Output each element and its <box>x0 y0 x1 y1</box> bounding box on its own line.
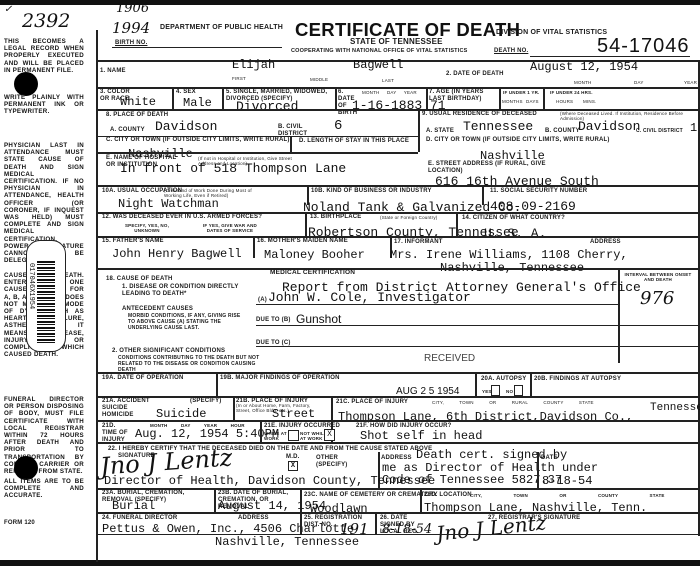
funeral-address-label: ADDRESS <box>238 515 269 522</box>
injury-time: Aug. 12, 1954 5:40PM <box>135 428 279 441</box>
res-state: Tennessee <box>463 120 533 133</box>
rule <box>300 512 302 534</box>
not-while-at-work-checkbox[interactable]: X <box>324 429 335 441</box>
death-no-label: DEATH NO. <box>494 48 528 55</box>
res-county: Davidson <box>578 120 640 133</box>
father-label: 15. FATHER'S NAME <box>102 238 164 245</box>
rule <box>97 396 699 398</box>
other-conditions-note: CONDITIONS CONTRIBUTING TO THE DEATH BUT… <box>118 355 263 373</box>
injury-place-cols: CITY, TOWN OR RURAL COUNTY STATE <box>432 400 594 405</box>
rule <box>97 268 699 270</box>
res-district-label: C. CIVIL DISTRICT <box>636 128 683 135</box>
death-number: 54-17046 <box>597 35 690 58</box>
death-city-label: C. CITY OR TOWN (IF OUTSIDE CITY LIMITS,… <box>106 137 290 144</box>
rule <box>216 372 218 396</box>
rule <box>260 420 262 442</box>
interval-value: 976 <box>640 288 674 309</box>
first-name: Elijah <box>232 59 275 72</box>
rule <box>256 325 698 326</box>
res-county-label: B. COUNTY <box>545 128 580 135</box>
registrar-signature: Jno J Lentz <box>435 510 547 545</box>
last-name: Bagwell <box>353 59 403 72</box>
rule <box>418 109 420 152</box>
cemetery-location-cols: CITY, TOWN OR COUNTY STATE <box>470 493 665 498</box>
scan-top-edge <box>0 0 700 5</box>
rule <box>97 534 699 535</box>
received-stamp: RECEIVED <box>424 353 475 364</box>
rule <box>530 372 532 396</box>
cause-of-death-label: 18. CAUSE OF DEATH <box>106 276 173 283</box>
res-state-label: A. STATE <box>426 128 454 135</box>
mother-label: 16. MOTHER'S MAIDEN NAME <box>257 238 348 245</box>
due-to-b-label: DUE TO (B) <box>256 317 291 324</box>
barcode <box>37 261 55 343</box>
last-label: LAST <box>382 78 394 83</box>
time-of-injury-label: 21D. TIME OF INJURY <box>102 423 130 444</box>
autopsy-no-label: NO <box>506 389 513 394</box>
cemetery-label: 23C. NAME OF CEMETERY OR CREMATORY <box>304 492 438 499</box>
rule <box>482 185 484 205</box>
manner-specify-label: (SPECIFY) <box>190 398 221 405</box>
date-of-death: August 12, 1954 <box>530 61 638 74</box>
scan-bottom-edge <box>0 560 700 566</box>
day-label: DAY <box>634 80 644 85</box>
date-signed: 8-18-54 <box>542 475 592 488</box>
rule <box>97 152 418 154</box>
cemetery-location-label: 23D. LOCATION <box>424 492 472 499</box>
rule <box>97 372 699 374</box>
autopsy-yes-checkbox[interactable] <box>491 385 500 396</box>
rule <box>172 87 174 109</box>
month-label: MONTH <box>574 80 592 85</box>
armed-forces-war: IF YES, GIVE WAR AND DATES OF SERVICE <box>200 223 260 233</box>
marital-status: Divorced <box>236 100 298 113</box>
checkmark: ✓ <box>4 4 12 15</box>
rule <box>305 212 307 236</box>
cause-b: Gunshot <box>296 312 341 326</box>
md-label: M.D. <box>286 454 299 461</box>
state-name: STATE OF TENNESSEE <box>350 38 443 45</box>
autopsy-findings-label: 20B. FINDINGS AT AUTOPSY <box>534 376 621 383</box>
occupation: Night Watchman <box>118 198 219 211</box>
rule <box>97 442 699 444</box>
rule <box>222 87 224 109</box>
morbid-conditions-label: MORBID CONDITIONS, IF ANY, GIVING RISE T… <box>128 313 246 331</box>
rule <box>456 212 458 236</box>
form-right-border <box>698 60 700 536</box>
rule <box>97 185 699 187</box>
barcode-text: 017046X1954 <box>27 263 35 309</box>
rule <box>300 488 302 512</box>
birth-year-note: 1906 <box>116 1 149 16</box>
cooperating-note: COOPERATING WITH NATIONAL OFFICE OF VITA… <box>291 48 468 55</box>
death-district: 6 <box>334 120 342 133</box>
date-of-death-label: 2. DATE OF DEATH <box>446 71 504 78</box>
medical-certification-title: MEDICAL CERTIFICATION <box>270 269 355 276</box>
autopsy-label: 20A. AUTOPSY <box>481 376 526 383</box>
funeral-director-label: 24. FUNERAL DIRECTOR <box>102 515 177 522</box>
birthplace-label: 13. BIRTHPLACE <box>310 214 361 221</box>
rule <box>335 87 337 109</box>
mother-name: Maloney Booher <box>264 249 365 262</box>
date-label: DATE <box>541 455 558 462</box>
cause-a: John W. Cole, Investigator <box>268 291 471 304</box>
punch-hole-top <box>14 72 38 96</box>
antecedent-label: ANTECEDENT CAUSES <box>122 306 193 313</box>
file-number: 2392 <box>22 10 70 32</box>
funeral-city: Nashville, Tennessee <box>215 536 359 549</box>
injury-state: Tennessee <box>650 402 700 415</box>
hours-col: HOURS <box>556 99 573 104</box>
armed-forces-label: 12. WAS DECEASED EVER IN U.S. ARMED FORC… <box>102 214 262 221</box>
res-district: 1 <box>690 122 697 135</box>
name-label: 1. NAME <box>100 68 126 75</box>
birth-no-line <box>112 47 282 48</box>
certifier-title: Director of Health, Davidson County, Ten… <box>104 475 435 488</box>
punch-hole-bottom <box>14 456 38 480</box>
mins-col: MINS. <box>583 99 597 104</box>
first-label: FIRST <box>232 76 246 81</box>
rule <box>97 236 699 238</box>
sex-label: 4. SEX <box>176 89 196 96</box>
other-specify-label: OTHER (SPECIFY) <box>316 455 356 469</box>
length-of-stay-label: D. LENGTH OF STAY IN THIS PLACE <box>294 138 414 145</box>
rule <box>537 452 539 488</box>
death-county: Davidson <box>155 120 217 133</box>
legal-record-notice: THIS BECOMES A LEGAL RECORD WHEN PROPERL… <box>4 38 84 74</box>
days-col: DAYS <box>526 99 539 104</box>
other-conditions-label: 2. OTHER SIGNIFICANT CONDITIONS <box>112 348 225 355</box>
months-col: MONTHS <box>502 99 523 104</box>
registration-dist: 191 <box>340 520 369 538</box>
due-to-a-label: (A) <box>258 297 267 304</box>
under-24-hrs-label: IF UNDER 24 HRS. <box>550 90 593 95</box>
death-no-line <box>530 56 690 57</box>
ssn-label: 11. SOCIAL SECURITY NUMBER <box>490 188 587 195</box>
write-plainly-notice: WRITE PLAINLY WITH PERMANENT INK OR TYPE… <box>4 94 84 116</box>
birth-date-cols: MONTH DAY YEAR <box>362 90 417 95</box>
armed-forces-specify: SPECIFY, YES, NO, UNKNOWN <box>122 223 172 233</box>
rule <box>253 236 255 258</box>
all-items-notice: ALL ITEMS ARE TO BE COMPLETE AND ACCURAT… <box>4 478 84 500</box>
barcode-tag: 017046X1954 <box>26 240 66 352</box>
race-value: White <box>120 96 156 109</box>
while-at-work-checkbox[interactable] <box>288 430 299 441</box>
rule <box>499 87 501 109</box>
birth-no-label: BIRTH NO. <box>115 40 147 47</box>
place-of-death-label: 8. PLACE OF DEATH <box>106 112 168 119</box>
form-number: FORM 120 <box>4 520 35 527</box>
operation-findings-label: 19B. MAJOR FINDINGS OF OPERATION <box>220 375 340 382</box>
industry-label: 10B. KIND OF BUSINESS OR INDUSTRY <box>311 188 432 195</box>
rule <box>256 346 698 347</box>
department-name: DEPARTMENT OF PUBLIC HEALTH <box>160 24 283 31</box>
informant-address-label: ADDRESS <box>590 239 621 246</box>
death-county-label: A. COUNTY <box>110 127 145 134</box>
rule <box>426 87 428 109</box>
rule <box>97 420 699 422</box>
rule <box>256 304 618 305</box>
rule <box>233 396 235 420</box>
rule <box>420 488 422 512</box>
under-one-year-label: IF UNDER 1 YR. <box>503 90 539 95</box>
rule <box>475 372 477 396</box>
md-checkbox[interactable]: X <box>288 461 298 471</box>
rule <box>290 136 292 152</box>
father-name: John Henry Bagwell <box>112 248 242 261</box>
division-name: DIVISION OF VITAL STATISTICS <box>496 29 607 36</box>
rule <box>543 87 545 109</box>
street-address-label: E. STREET ADDRESS (IF RURAL, GIVE LOCATI… <box>428 161 548 175</box>
birthplace-note: (State or Foreign Country) <box>380 215 437 220</box>
rule <box>375 512 377 534</box>
autopsy-no-checkbox[interactable] <box>514 385 523 396</box>
direct-cause-label: 1. DISEASE OR CONDITION DIRECTLY LEADING… <box>122 284 242 298</box>
middle-label: MIDDLE <box>310 77 328 82</box>
citizenship-label: 14. CITIZEN OF WHAT COUNTRY? <box>462 215 565 222</box>
citizenship: U. S. A. <box>484 227 546 240</box>
informant-label: 17. INFORMANT <box>394 239 443 246</box>
birth-number: 1994 <box>112 19 150 37</box>
rule <box>97 512 699 514</box>
operation-date-label: 19A. DATE OF OPERATION <box>102 375 184 382</box>
usual-residence-label: 9. USUAL RESIDENCE OF DECEASED <box>422 111 537 118</box>
rule <box>214 488 216 512</box>
manner-label: 21A. ACCIDENT SUICIDE HOMICIDE <box>102 398 152 419</box>
year-label: YEAR <box>684 80 697 85</box>
death-place: In front of 518 Thompson Lane <box>120 162 346 175</box>
injury-place-label: 21C. PLACE OF INJURY <box>336 399 408 406</box>
while-at-work-label: WHILE AT WORK <box>264 431 288 441</box>
res-city-label: D. CITY OR TOWN (IF OUTSIDE CITY LIMITS,… <box>426 137 610 144</box>
